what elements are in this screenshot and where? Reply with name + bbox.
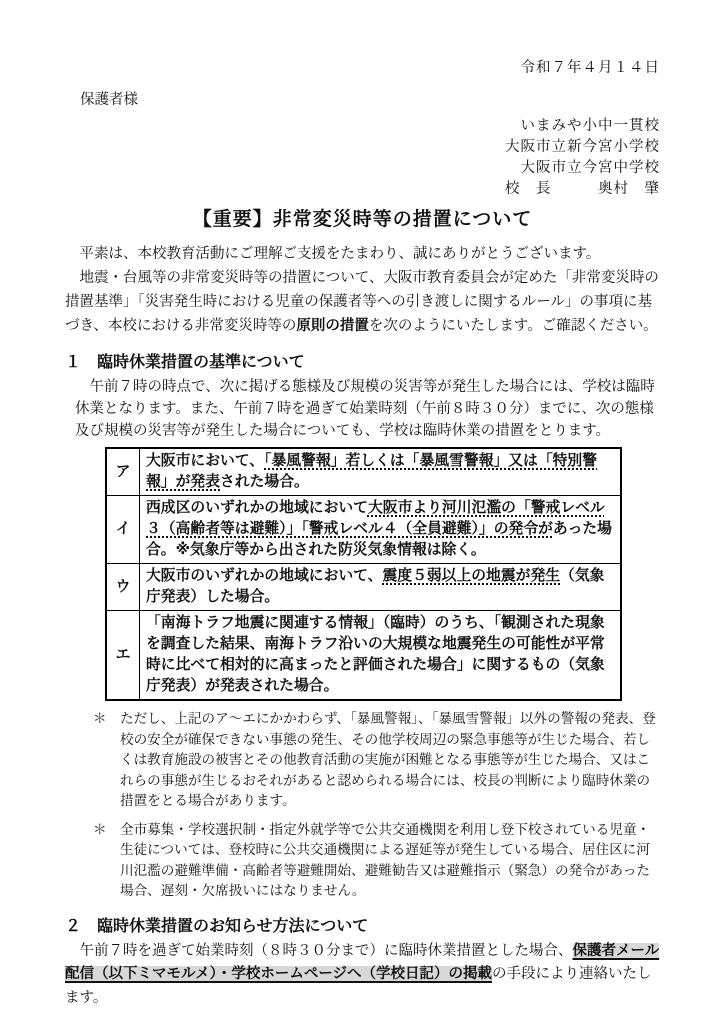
intro-paragraph-2-closing: を次のようにいたします。ご確認ください。 — [369, 318, 658, 334]
document-page: 令和７年４月１４日 保護者様 いまみや小中一貫校 大阪市立新今宮小学校 大阪市立… — [0, 0, 724, 1024]
sender-block: いまみや小中一貫校 大阪市立新今宮小学校 大阪市立今宮中学校 校 長 奥村 肇 — [65, 116, 660, 200]
section2-heading: ２ 臨時休業措置のお知らせ方法について — [65, 915, 660, 938]
intro-paragraph-2: 地震・台風等の非常変災時等の措置について、大阪市教育委員会が定めた「非常変災時の… — [65, 266, 660, 338]
row-text: 大阪市のいずれかの地域において、 — [146, 568, 382, 584]
row-label: イ — [106, 496, 140, 564]
row-text-end: された場合。 — [220, 474, 309, 490]
row-content: 大阪市において、「暴風警報」若しくは「暴風雪警報」又は「特別警報」が発表された場… — [140, 448, 622, 496]
row-underlined-text: 震度５弱以上の地震が発生 — [382, 568, 560, 584]
sender-school-group: いまみや小中一貫校 — [65, 116, 660, 137]
table-row-u: ウ 大阪市のいずれかの地域において、震度５弱以上の地震が発生（気象庁発表）した場… — [106, 564, 621, 611]
section2-body-text: 午前７時を過ぎて始業時刻（８時３０分まで）に臨時休業措置とした場合、 — [80, 943, 573, 959]
sender-elementary-school: 大阪市立新今宮小学校 — [65, 137, 660, 158]
intro-paragraph-2-emphasis: 原則の措置 — [296, 318, 369, 334]
row-text: 西成区のいずれかの地域において — [146, 500, 368, 516]
document-title: 【重要】非常変災時等の措置について — [65, 207, 660, 233]
row-content: 西成区のいずれかの地域において大阪市より河川氾濫の「警戒レベル３（高齢者等は避難… — [140, 496, 622, 564]
row-text: 大阪市において、 — [146, 453, 264, 469]
row-label: ウ — [106, 564, 140, 611]
intro-section: 平素は、本校教育活動にご理解ご支援をたまわり、誠にありがとうございます。 地震・… — [65, 242, 660, 338]
note-2-text: 全市募集・学校選択制・指定外就学等で公共交通機関を利用し登下校されている児童・生… — [120, 822, 650, 899]
table-row-i: イ 西成区のいずれかの地域において大阪市より河川氾濫の「警戒レベル３（高齢者等は… — [106, 496, 621, 564]
row-content: 大阪市のいずれかの地域において、震度５弱以上の地震が発生（気象庁発表）した場合。 — [140, 564, 622, 611]
note-2: ＊全市募集・学校選択制・指定外就学等で公共交通機関を利用し登下校されている児童・… — [65, 820, 660, 902]
section1-body: 午前７時の時点で、次に掲げる態様及び規模の災害等が発生した場合には、学校は臨時休… — [75, 376, 660, 442]
row-text: 「南海トラフ地震に関連する情報」（臨時）のうち、「観測された現象を調査した結果、… — [146, 615, 605, 694]
asterisk-marker: ＊ — [93, 820, 107, 841]
asterisk-marker: ＊ — [93, 709, 107, 730]
row-label: エ — [106, 611, 140, 701]
section2-body: 午前７時を過ぎて始業時刻（８時３０分まで）に臨時休業措置とした場合、保護者メール… — [65, 940, 660, 1011]
sender-junior-high-school: 大阪市立今宮中学校 — [65, 158, 660, 179]
sender-principal: 校 長 奥村 肇 — [65, 179, 660, 200]
note-1: ＊ただし、上記のア～エにかかわらず、「暴風警報」、「暴風雪警報」以外の警報の発表… — [65, 709, 660, 812]
intro-paragraph-1: 平素は、本校教育活動にご理解ご支援をたまわり、誠にありがとうございます。 — [65, 242, 660, 266]
table-row-e: エ 「南海トラフ地震に関連する情報」（臨時）のうち、「観測された現象を調査した結… — [106, 611, 621, 701]
recipient-line: 保護者様 — [65, 90, 660, 111]
row-label: ア — [106, 448, 140, 496]
row-content: 「南海トラフ地震に関連する情報」（臨時）のうち、「観測された現象を調査した結果、… — [140, 611, 622, 701]
section1-heading: １ 臨時休業措置の基準について — [65, 351, 660, 374]
table-row-a: ア 大阪市において、「暴風警報」若しくは「暴風雪警報」又は「特別警報」が発表され… — [106, 448, 621, 496]
document-date: 令和７年４月１４日 — [65, 58, 660, 78]
note-1-text: ただし、上記のア～エにかかわらず、「暴風警報」、「暴風雪警報」以外の警報の発表、… — [120, 711, 656, 808]
criteria-table: ア 大阪市において、「暴風警報」若しくは「暴風雪警報」又は「特別警報」が発表され… — [105, 447, 622, 701]
